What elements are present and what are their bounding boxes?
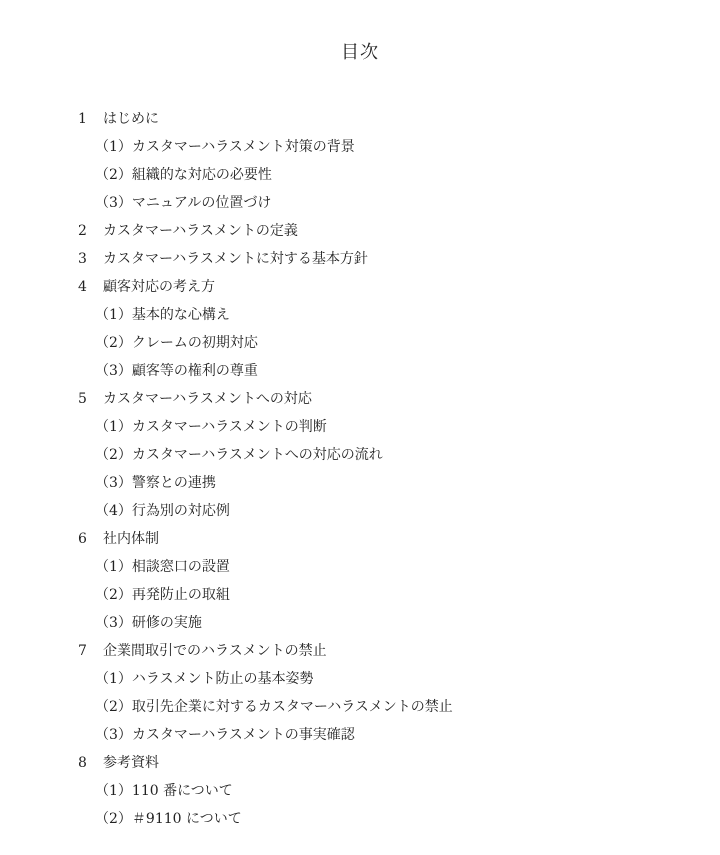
toc-entry-label: 企業間取引でのハラスメントの禁止 [103,643,327,659]
toc-entry-label: （1）カスタマーハラスメント対策の背景 [95,139,355,155]
toc-entry: （1）カスタマーハラスメントの判断 [78,413,700,441]
toc-entry-label: 社内体制 [103,531,159,547]
toc-entry-label: （3）マニュアルの位置づけ [95,195,271,211]
toc-entry: （1）ハラスメント防止の基本姿勢 [78,665,700,693]
toc-entry-number: 6 [78,525,103,553]
toc-entry-label: （3）警察との連携 [95,475,216,491]
toc-entry-label: （4）行為別の対応例 [95,503,230,519]
toc-entry-label: （3）顧客等の権利の尊重 [95,363,258,379]
toc-entry: （2）クレームの初期対応 [78,329,700,357]
toc-entry-label: （1）カスタマーハラスメントの判断 [95,419,327,435]
toc-entry: 5カスタマーハラスメントへの対応 [78,385,700,413]
toc-entry: （2）カスタマーハラスメントへの対応の流れ [78,441,700,469]
toc-entry-number: 1 [78,105,103,133]
toc-entry: 4顧客対応の考え方 [78,273,700,301]
toc-entry: 1はじめに [78,105,700,133]
toc-entry-label: 参考資料 [103,755,159,771]
toc-entry-label: （3）研修の実施 [95,615,202,631]
toc-entry: （3）顧客等の権利の尊重 [78,357,700,385]
toc-entry: （1）相談窓口の設置 [78,553,700,581]
toc-entry: （3）カスタマーハラスメントの事実確認 [78,721,700,749]
toc-entry: （1）カスタマーハラスメント対策の背景 [78,133,700,161]
toc-entry: 6社内体制 [78,525,700,553]
toc-entry: （2）＃9110 について [78,805,700,833]
toc-entry: （2）取引先企業に対するカスタマーハラスメントの禁止 [78,693,700,721]
document-page: 目次 1はじめに（1）カスタマーハラスメント対策の背景（2）組織的な対応の必要性… [0,0,720,855]
toc-entry-label: 顧客対応の考え方 [103,279,215,295]
toc-entry-label: はじめに [103,111,159,127]
toc-entry-label: （1）110 番について [95,783,233,799]
toc-entry-number: 2 [78,217,103,245]
toc-entry: （2）再発防止の取組 [78,581,700,609]
toc-entry-number: 7 [78,637,103,665]
toc-entry: 2カスタマーハラスメントの定義 [78,217,700,245]
toc-entry: （3）警察との連携 [78,469,700,497]
toc-entry-number: 8 [78,749,103,777]
toc-entry-label: （1）基本的な心構え [95,307,230,323]
toc-entry-label: （1）ハラスメント防止の基本姿勢 [95,671,314,687]
toc-entry: （3）研修の実施 [78,609,700,637]
toc-entry-label: カスタマーハラスメントへの対応 [103,391,312,407]
toc-entry-label: （1）相談窓口の設置 [95,559,230,575]
toc-entry: 8参考資料 [78,749,700,777]
toc-entry-label: カスタマーハラスメントの定義 [103,223,298,239]
toc-entry-label: カスタマーハラスメントに対する基本方針 [103,251,368,267]
toc-entry: （1）基本的な心構え [78,301,700,329]
toc-entry-label: （2）取引先企業に対するカスタマーハラスメントの禁止 [95,699,453,715]
toc-entry-label: （2）＃9110 について [95,811,242,827]
toc-entry: （2）組織的な対応の必要性 [78,161,700,189]
toc-entry-label: （2）再発防止の取組 [95,587,230,603]
toc-entry-label: （2）組織的な対応の必要性 [95,167,272,183]
toc-entry-label: （3）カスタマーハラスメントの事実確認 [95,727,355,743]
toc-entry-number: 5 [78,385,103,413]
toc-entry-label: （2）カスタマーハラスメントへの対応の流れ [95,447,383,463]
page-title: 目次 [0,38,720,64]
toc-entry-label: （2）クレームの初期対応 [95,335,258,351]
toc-entry: 3カスタマーハラスメントに対する基本方針 [78,245,700,273]
toc-entry-number: 4 [78,273,103,301]
toc-entry: （3）マニュアルの位置づけ [78,189,700,217]
toc-list: 1はじめに（1）カスタマーハラスメント対策の背景（2）組織的な対応の必要性（3）… [78,105,700,833]
toc-entry: （4）行為別の対応例 [78,497,700,525]
toc-entry: 7企業間取引でのハラスメントの禁止 [78,637,700,665]
toc-entry: （1）110 番について [78,777,700,805]
toc-entry-number: 3 [78,245,103,273]
